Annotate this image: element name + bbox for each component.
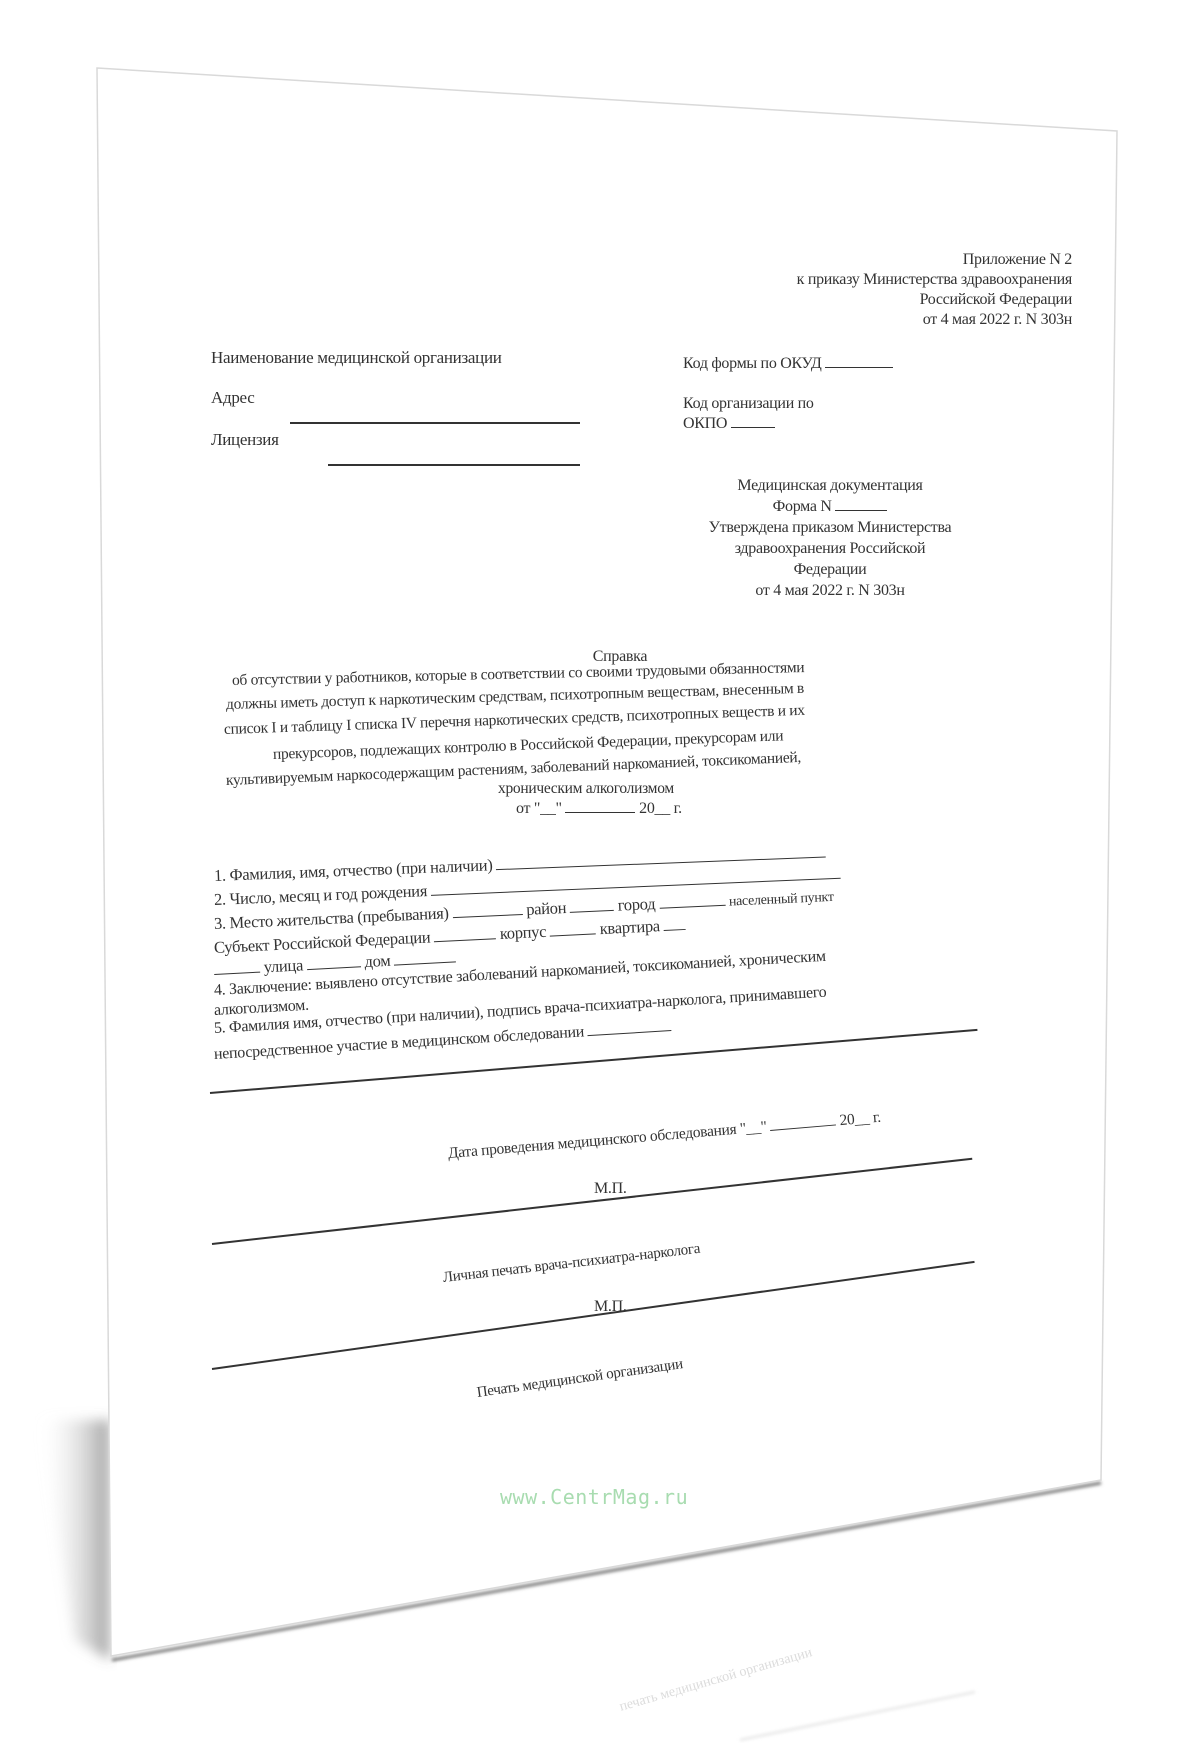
med-doc-line: здравоохранения Российской (670, 538, 990, 559)
street-field[interactable] (307, 965, 361, 970)
med-doc-line: Утверждена приказом Министерства (670, 517, 990, 538)
house-field[interactable] (394, 960, 456, 965)
okud-code: Код формы по ОКУД (683, 355, 893, 373)
address-label: Адрес (211, 388, 254, 408)
med-doc-line: от 4 мая 2022 г. N 303н (670, 580, 990, 601)
form-number: Форма N (670, 496, 990, 517)
org-name-label: Наименование медицинской организации (211, 348, 502, 368)
okpo-label: ОКПО (683, 415, 727, 432)
okud-field[interactable] (825, 366, 893, 368)
okpo-field[interactable] (731, 426, 775, 428)
med-doc-line: Медицинская документация (670, 475, 990, 496)
license-field[interactable] (328, 464, 580, 466)
appendix-line: Российской Федерации (797, 290, 1072, 310)
appendix-line: от 4 мая 2022 г. N 303н (797, 310, 1072, 330)
certificate-date: от "__" 20__ г. (516, 800, 682, 818)
city-field[interactable] (659, 904, 725, 909)
apartment-field[interactable] (664, 928, 686, 931)
exam-date-field[interactable] (770, 1123, 836, 1131)
okpo-code: ОКПО (683, 415, 775, 433)
license-label: Лицензия (211, 430, 279, 450)
watermark: www.CentrMag.ru (500, 1485, 688, 1509)
building-field[interactable] (550, 932, 596, 936)
appendix-header: Приложение N 2 к приказу Министерства зд… (797, 250, 1072, 330)
okud-label: Код формы по ОКУД (683, 355, 822, 372)
address-field[interactable] (290, 422, 580, 424)
form-number-field[interactable] (835, 509, 887, 511)
date-month-field[interactable] (565, 811, 635, 813)
district-field[interactable] (570, 909, 614, 913)
subject-field[interactable] (434, 937, 496, 942)
doctor-field[interactable] (588, 1029, 672, 1036)
appendix-line: к приказу Министерства здравоохранения (797, 270, 1072, 290)
residence-field[interactable] (453, 913, 523, 918)
title-line: хроническим алкоголизмом (498, 780, 674, 798)
stamp-label-1: М.П. (594, 1180, 627, 1198)
med-doc-line: Федерации (670, 559, 990, 580)
street-prefix-field[interactable] (214, 971, 260, 975)
appendix-line: Приложение N 2 (797, 250, 1072, 270)
med-doc-block: Медицинская документация Форма N Утвержд… (670, 475, 990, 601)
org-code-label: Код организации по (683, 395, 814, 413)
